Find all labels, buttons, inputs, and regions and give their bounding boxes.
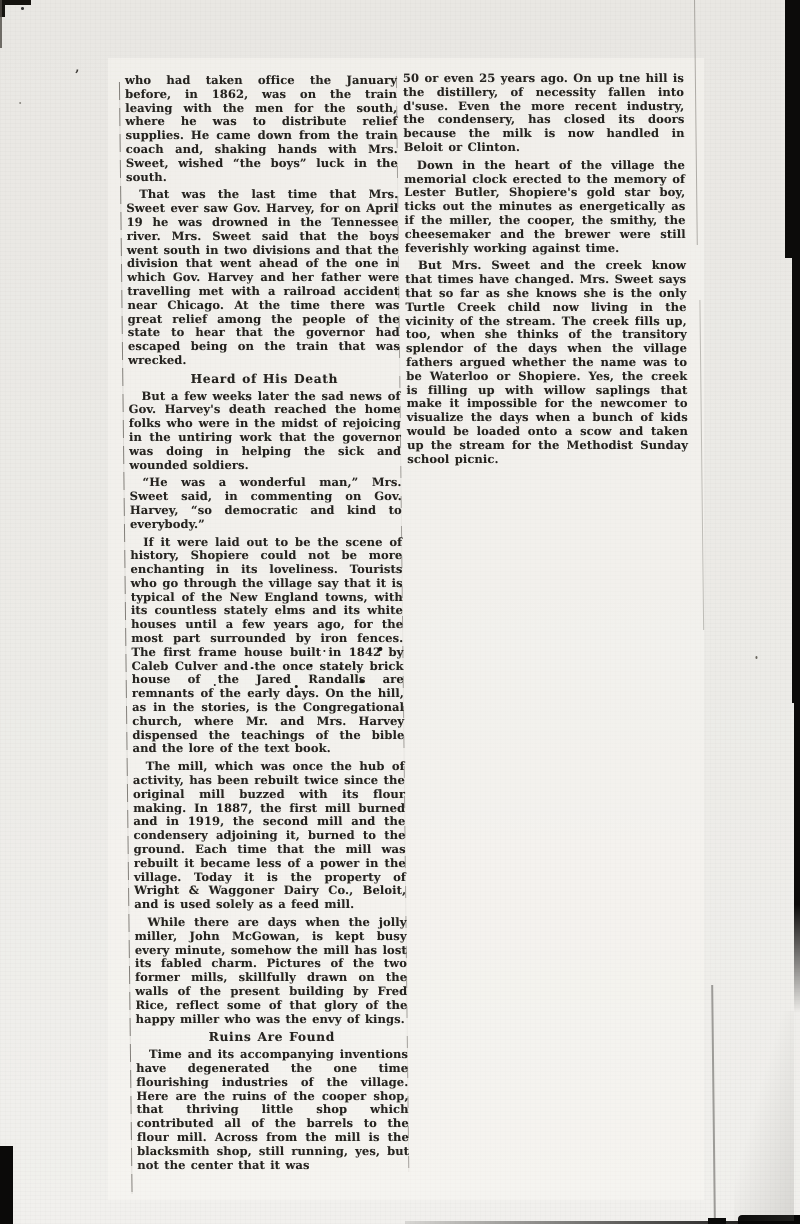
scanner-edge-shadow-left xyxy=(0,0,2,48)
article-paragraph: Down in the heart of the village the mem… xyxy=(404,159,686,256)
ink-blot xyxy=(295,685,298,688)
scanner-edge-shadow-right xyxy=(785,0,800,258)
ink-blot xyxy=(251,667,254,669)
ink-blot xyxy=(214,684,216,686)
article-paragraph: who had taken office the January before,… xyxy=(125,74,398,184)
ink-blot xyxy=(323,650,325,652)
scanner-corner-artifact xyxy=(738,1215,800,1224)
scan-speck xyxy=(755,656,757,659)
column-rule-right-middle xyxy=(699,300,704,630)
article-paragraph: But a few weeks later the sad news of Go… xyxy=(128,390,401,473)
scan-speck xyxy=(19,102,21,104)
ink-blot xyxy=(340,667,343,670)
scan-speck xyxy=(21,7,24,10)
ink-blot xyxy=(310,664,313,667)
section-heading: Ruins Are Found xyxy=(136,1030,408,1044)
scanned-newspaper-page: { "scan": { "paper_color": "#edebe7", "c… xyxy=(0,0,800,1224)
article-paragraph: Time and its accompanying inventions hav… xyxy=(136,1048,409,1172)
column-rule-right-bottom xyxy=(711,985,716,1222)
scanner-edge-shadow-right xyxy=(792,258,800,703)
ink-blot xyxy=(378,647,382,651)
scanner-edge-artifact xyxy=(708,1218,726,1224)
stray-pen-mark: ’ xyxy=(75,68,80,83)
article-paragraph: 50 or even 25 years ago. On up tne hill … xyxy=(403,72,685,155)
article-column-left: who had taken office the January before,… xyxy=(125,74,410,1176)
section-heading: Heard of His Death xyxy=(128,372,400,386)
article-paragraph: “He was a wonderful man,” Mrs. Sweet sai… xyxy=(129,476,402,531)
article-column-right: 50 or even 25 years ago. On up tne hill … xyxy=(403,72,689,470)
scanner-edge-shadow-right xyxy=(794,703,800,1013)
scanner-edge-artifact-left xyxy=(0,1146,13,1224)
article-paragraph: But Mrs. Sweet and the creek know that t… xyxy=(405,259,688,466)
article-paragraph: The mill, which was once the hub of acti… xyxy=(133,760,407,912)
article-paragraph: If it were laid out to be the scene of h… xyxy=(130,536,405,757)
scan-speck xyxy=(361,438,364,441)
clipping-content: who had taken office the January before,… xyxy=(0,0,800,1224)
article-paragraph: That was the last time that Mrs. Sweet e… xyxy=(126,188,400,367)
ink-blot xyxy=(360,680,364,683)
column-rule-right-top xyxy=(694,0,698,245)
article-paragraph: While there are days when the jolly mill… xyxy=(134,916,407,1026)
